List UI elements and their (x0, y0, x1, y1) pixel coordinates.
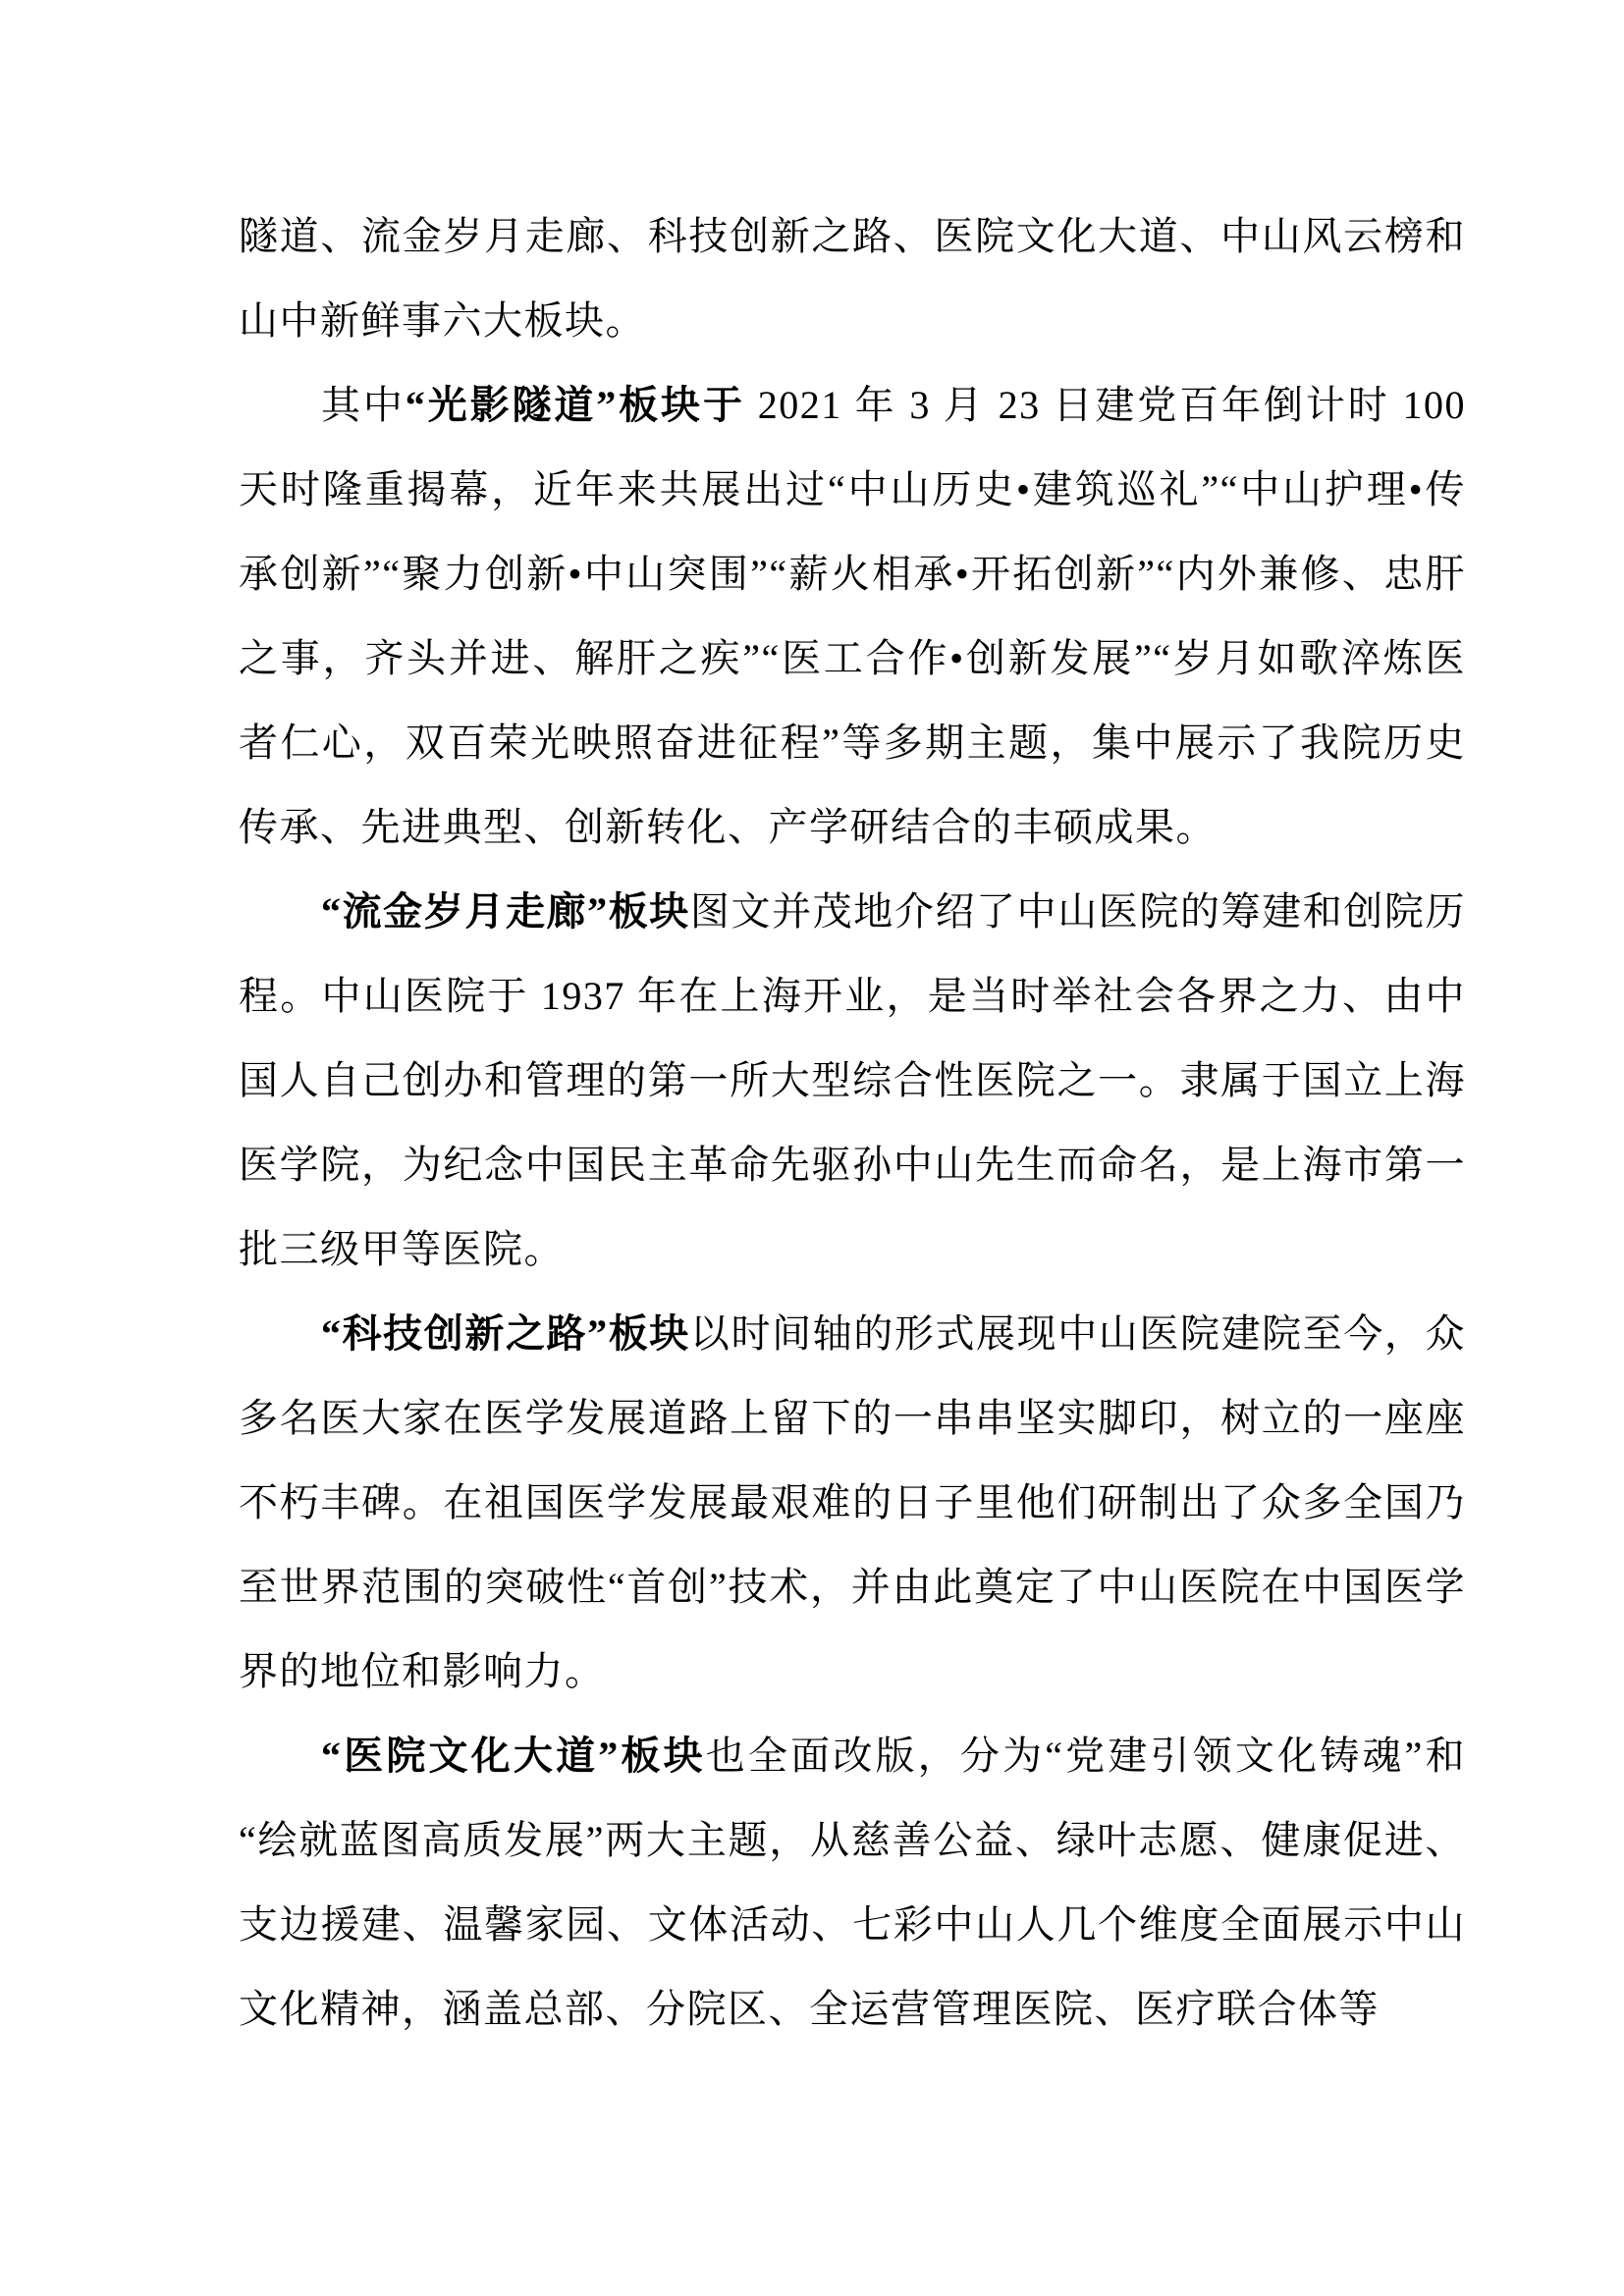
text-run: 隧道、流金岁月走廊、科技创新之路、医院文化大道、中山风云榜和山中新鲜事六大板块。 (239, 214, 1466, 343)
paragraph: 其中“光影隧道”板块于 2021 年 3 月 23 日建党百年倒计时 100 天… (239, 363, 1466, 870)
bold-text-run: “光影隧道”板块于 (406, 383, 745, 427)
text-run: 也全面改版，分为“党建引领文化铸魂”和“绘就蓝图高质发展”两大主题，从慈善公益、… (239, 1734, 1466, 2031)
text-run: 以时间轴的形式展现中山医院建院至今，众多名医大家在医学发展道路上留下的一串串坚实… (239, 1311, 1466, 1693)
bold-text-run: “医院文化大道”板块 (321, 1734, 706, 1778)
bold-text-run: “流金岁月走廊”板块 (321, 889, 690, 934)
document-body: 隧道、流金岁月走廊、科技创新之路、医院文化大道、中山风云榜和山中新鲜事六大板块。… (239, 194, 1466, 2052)
paragraph: “科技创新之路”板块以时间轴的形式展现中山医院建院至今，众多名医大家在医学发展道… (239, 1292, 1466, 1714)
paragraph: “医院文化大道”板块也全面改版，分为“党建引领文化铸魂”和“绘就蓝图高质发展”两… (239, 1714, 1466, 2052)
paragraph: 隧道、流金岁月走廊、科技创新之路、医院文化大道、中山风云榜和山中新鲜事六大板块。 (239, 194, 1466, 363)
text-run: 图文并茂地介绍了中山医院的筹建和创院历程。中山医院于 1937 年在上海开业，是… (239, 889, 1466, 1271)
text-run: 2021 年 3 月 23 日建党百年倒计时 100 天时隆重揭幕，近年来共展出… (239, 383, 1466, 849)
paragraph: “流金岁月走廊”板块图文并茂地介绍了中山医院的筹建和创院历程。中山医院于 193… (239, 870, 1466, 1292)
bold-text-run: “科技创新之路”板块 (321, 1311, 690, 1356)
text-run: 其中 (321, 383, 406, 427)
